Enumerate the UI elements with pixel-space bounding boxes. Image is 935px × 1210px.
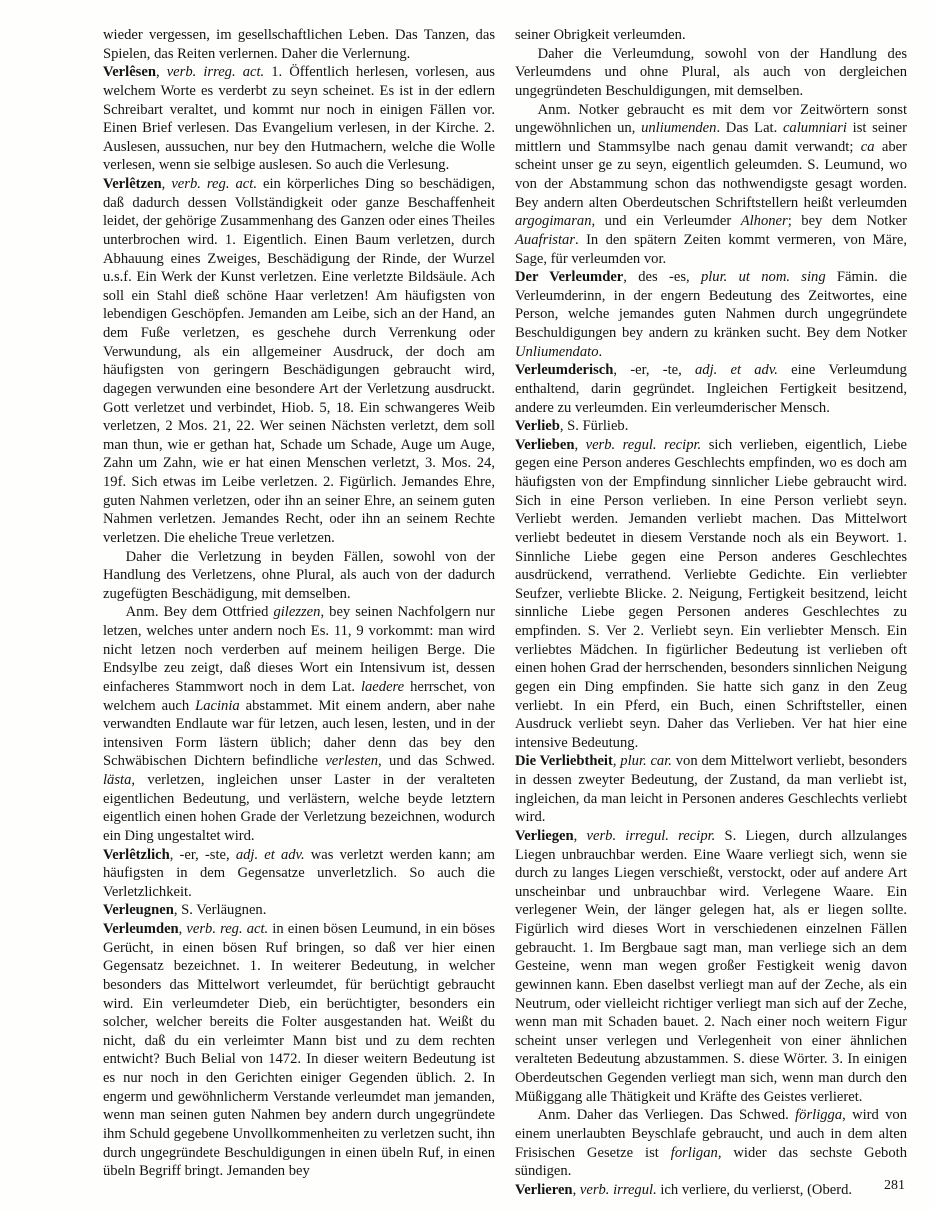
text-run: Unliumendato [515,344,599,360]
text-run: forligan [671,1145,718,1161]
annotation-verletzen: Anm. Bey dem Ottfried gilezzen, bey sein… [103,603,495,845]
text-columns: wieder vergessen, im gesellschaftlichen … [103,26,907,1199]
text-run: Anm. Bey dem Ottfried [126,604,274,620]
text-run: , des -es, [623,269,701,285]
page-number: 281 [884,1178,905,1194]
text-run: , -er, -ste, [170,847,236,863]
headword: Verliegen [515,828,574,844]
text-run: , und ein Verleumder [592,213,741,229]
headword: Verlêtzlich [103,847,170,863]
entry-verlesen: Verlêsen, verb. irreg. act. 1. Öffentlic… [103,63,495,175]
text-run: verb. irreg. act. [167,64,265,80]
text-run: Auafristar [515,232,575,248]
text-run: , S. Fürlieb. [560,418,629,434]
headword: Verleumderisch [515,362,613,378]
text-run: . Das Lat. [716,120,782,136]
entry-verletzen: Verlêtzen, verb. reg. act. ein körperlic… [103,175,495,548]
text-run: Alhoner [741,213,788,229]
entry-verliebtheit: Die Verliebtheit, plur. car. von dem Mit… [515,752,907,827]
entry-verleumden: Verleumden, verb. reg. act. in einen bös… [103,920,495,1181]
text-run: förligga [795,1107,842,1123]
entry-verleumderisch: Verleumderisch, -er, -te, adj. et adv. e… [515,361,907,417]
text-run: , S. Verläugnen. [174,902,267,918]
text-run: ; bey dem Notker [788,213,907,229]
entry-verletzlich: Verlêtzlich, -er, -ste, adj. et adv. was… [103,846,495,902]
headword: Verlêtzen [103,176,162,192]
text-run: ein körperliches Ding so beschädigen, da… [103,176,495,546]
continuation-paragraph: wieder vergessen, im gesellschaftlichen … [103,26,495,63]
text-run: argogimaran [515,213,592,229]
dictionary-page: wieder vergessen, im gesellschaftlichen … [0,0,935,1210]
sub-paragraph-verletzung: Daher die Verletzung in beyden Fällen, s… [103,548,495,604]
text-run: Lacinia [195,698,240,714]
text-run: , [162,176,172,192]
entry-verleumder: Der Verleumder, des -es, plur. ut nom. s… [515,268,907,361]
headword: Verleugnen [103,902,174,918]
entry-verliegen: Verliegen, verb. irregul. recipr. S. Lie… [515,827,907,1106]
text-run: 1. Öffentlich herlesen, vorlesen, aus we… [103,64,495,173]
text-run: , [573,1182,580,1198]
text-run: verb. irregul. recipr. [587,828,716,844]
text-run: gilezzen [273,604,320,620]
headword: Der Verleumder [515,269,623,285]
text-run: verb. irregul. [580,1182,657,1198]
text-run: wieder vergessen, im gesellschaftlichen … [103,27,495,62]
text-run: , verletzen, ingleichen unser Laster in … [103,772,495,844]
text-run: , [574,437,585,453]
text-run: verlesten [325,753,378,769]
text-run: , -er, -te, [613,362,695,378]
text-run: plur. car. [620,753,672,769]
entry-verlieb: Verlieb, S. Fürlieb. [515,417,907,436]
text-run: , und das Schwed. [378,753,495,769]
headword: Verlieb [515,418,560,434]
text-run: verb. regul. recipr. [586,437,702,453]
headword: Verleumden [103,921,179,937]
text-run: S. Liegen, durch allzulanges Liegen unbr… [515,828,907,1105]
left-column: wieder vergessen, im gesellschaftlichen … [103,26,495,1199]
headword: Die Verliebtheit [515,753,613,769]
right-column: seiner Obrigkeit verleumden.Daher die Ve… [515,26,907,1199]
text-run: Daher die Verleumdung, sowohl von der Ha… [515,46,907,99]
text-run: calumniari [783,120,847,136]
text-run: plur. ut nom. sing [701,269,826,285]
continuation-paragraph: seiner Obrigkeit verleumden. [515,26,907,45]
text-run: ca [861,139,875,155]
text-run: verb. reg. act. [171,176,257,192]
text-run: lästa [103,772,131,788]
text-run: unliumenden [641,120,716,136]
text-run: , [156,64,167,80]
text-run: verb. reg. act. [186,921,268,937]
entry-verlieben: Verlieben, verb. regul. recipr. sich ver… [515,436,907,753]
headword: Verlêsen [103,64,156,80]
entry-verleugnen: Verleugnen, S. Verläugnen. [103,901,495,920]
headword: Verlieben [515,437,574,453]
text-run: adj. et adv. [236,847,305,863]
text-run: . [599,344,603,360]
text-run: Anm. Daher das Verliegen. Das Schwed. [538,1107,795,1123]
sub-paragraph-verleumdung: Daher die Verleumdung, sowohl von der Ha… [515,45,907,101]
text-run: sich verlieben, eigentlich, Liebe gegen … [515,437,907,751]
annotation-verliegen: Anm. Daher das Verliegen. Das Schwed. fö… [515,1106,907,1181]
text-run: Daher die Verletzung in beyden Fällen, s… [103,549,495,602]
entry-verlieren: Verlieren, verb. irregul. ich verliere, … [515,1181,907,1200]
text-run: , [574,828,587,844]
headword: Verlieren [515,1182,573,1198]
text-run: adj. et adv. [695,362,778,378]
text-run: ich verliere, du verlierst, (Oberd. [657,1182,852,1198]
text-run: in einen bösen Leumund, in ein böses Ger… [103,921,495,1179]
text-run: seiner Obrigkeit verleumden. [515,27,686,43]
text-run: laedere [361,679,404,695]
annotation-verleumden: Anm. Notker gebraucht es mit dem vor Zei… [515,101,907,269]
